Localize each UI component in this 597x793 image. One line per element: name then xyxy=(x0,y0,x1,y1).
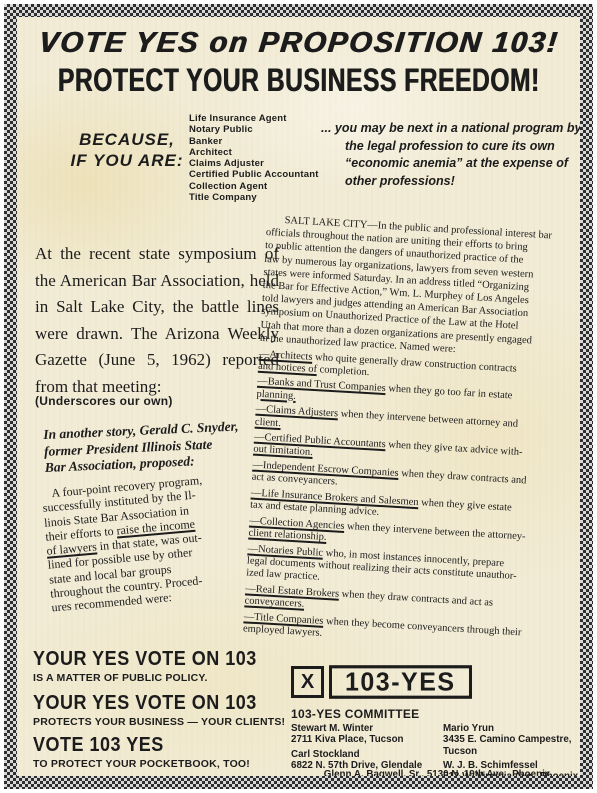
slogan-block-3: VOTE 103 YES TO PROTECT YOUR POCKETBOOK,… xyxy=(33,733,250,770)
committee-name: Stewart M. Winter xyxy=(291,723,437,734)
committee-entry: Stewart M. Winter 2711 Kiva Place, Tucso… xyxy=(291,723,437,746)
committee-title: 103-YES COMMITTEE xyxy=(291,707,419,721)
slogan-block-2: YOUR YES VOTE ON 103 PROTECTS YOUR BUSIN… xyxy=(33,691,285,728)
because-label-line1: BECAUSE, xyxy=(47,129,207,150)
list-item: Banker xyxy=(189,136,319,147)
clipping-lead-paragraph: SALT LAKE CITY—In the public and profess… xyxy=(259,213,580,363)
slogan-block-1: YOUR YES VOTE ON 103 IS A MATTER OF PUBL… xyxy=(33,647,257,684)
professions-list: Life Insurance Agent Notary Public Banke… xyxy=(189,113,319,203)
committee-entry: Mario Yrun 3435 E. Camino Campestre, Tuc… xyxy=(443,723,580,757)
underscore-note: (Underscores our own) xyxy=(35,394,173,408)
headline-secondary: PROTECT YOUR BUSINESS FREEDOM! xyxy=(58,61,540,100)
slogan-head: YOUR YES VOTE ON 103 xyxy=(33,647,257,671)
slogan-head: YOUR YES VOTE ON 103 xyxy=(33,691,285,715)
headline-secondary-wrap: PROTECT YOUR BUSINESS FREEDOM! xyxy=(17,61,580,92)
news-clipping-column: SALT LAKE CITY—In the public and profess… xyxy=(243,213,580,654)
list-item: Architect xyxy=(189,147,319,158)
ballot-label: 103-YES xyxy=(329,665,472,699)
paper-background: VOTE YES on PROPOSITION 103! PROTECT YOU… xyxy=(17,17,580,776)
committee-name: Mario Yrun xyxy=(443,723,580,734)
slogan-head: VOTE 103 YES xyxy=(33,733,250,757)
clipping-item-list: —Architects who quite generally draw con… xyxy=(243,348,580,654)
checkered-border: VOTE YES on PROPOSITION 103! PROTECT YOU… xyxy=(4,4,593,789)
list-item: Certified Public Accountant xyxy=(189,169,319,180)
committee-address: 2711 Kiva Place, Tucson xyxy=(291,734,437,745)
committee-name: Carl Stockland xyxy=(291,749,437,760)
slogan-sub: IS A MATTER OF PUBLIC POLICY. xyxy=(33,672,257,684)
list-item: Notary Public xyxy=(189,124,319,135)
list-item: Collection Agent xyxy=(189,181,319,192)
slogan-sub: TO PROTECT YOUR POCKETBOOK, TOO! xyxy=(33,758,250,770)
ballot-box: X 103-YES xyxy=(291,666,472,698)
committee-address: 3435 E. Camino Campestre, Tucson xyxy=(443,734,580,757)
list-item: Life Insurance Agent xyxy=(189,113,319,124)
flyer-page: VOTE YES on PROPOSITION 103! PROTECT YOU… xyxy=(0,0,597,793)
list-item: Title Company xyxy=(189,192,319,203)
snyder-lead-paragraph: In another story, Gerald C. Snyder,forme… xyxy=(43,417,275,476)
because-label-line2: IF YOU ARE: xyxy=(47,150,207,171)
warning-text: ... you may be next in a national progra… xyxy=(321,120,580,190)
committee-center-entry: Glenn A. Bagwell, Sr., 5130 N. 19th Ave.… xyxy=(291,769,580,776)
ballot-x-mark-icon: X xyxy=(291,666,324,698)
list-item: Claims Adjuster xyxy=(189,158,319,169)
intro-paragraph: At the recent state symposium of the Ame… xyxy=(35,241,279,400)
because-label: BECAUSE, IF YOU ARE: xyxy=(47,129,207,171)
slogan-sub: PROTECTS YOUR BUSINESS — YOUR CLIENTS! xyxy=(33,716,285,728)
headline-primary: VOTE YES on PROPOSITION 103! xyxy=(17,27,580,60)
committee-entry: Carl Stockland 6822 N. 57th Drive, Glend… xyxy=(291,749,437,772)
